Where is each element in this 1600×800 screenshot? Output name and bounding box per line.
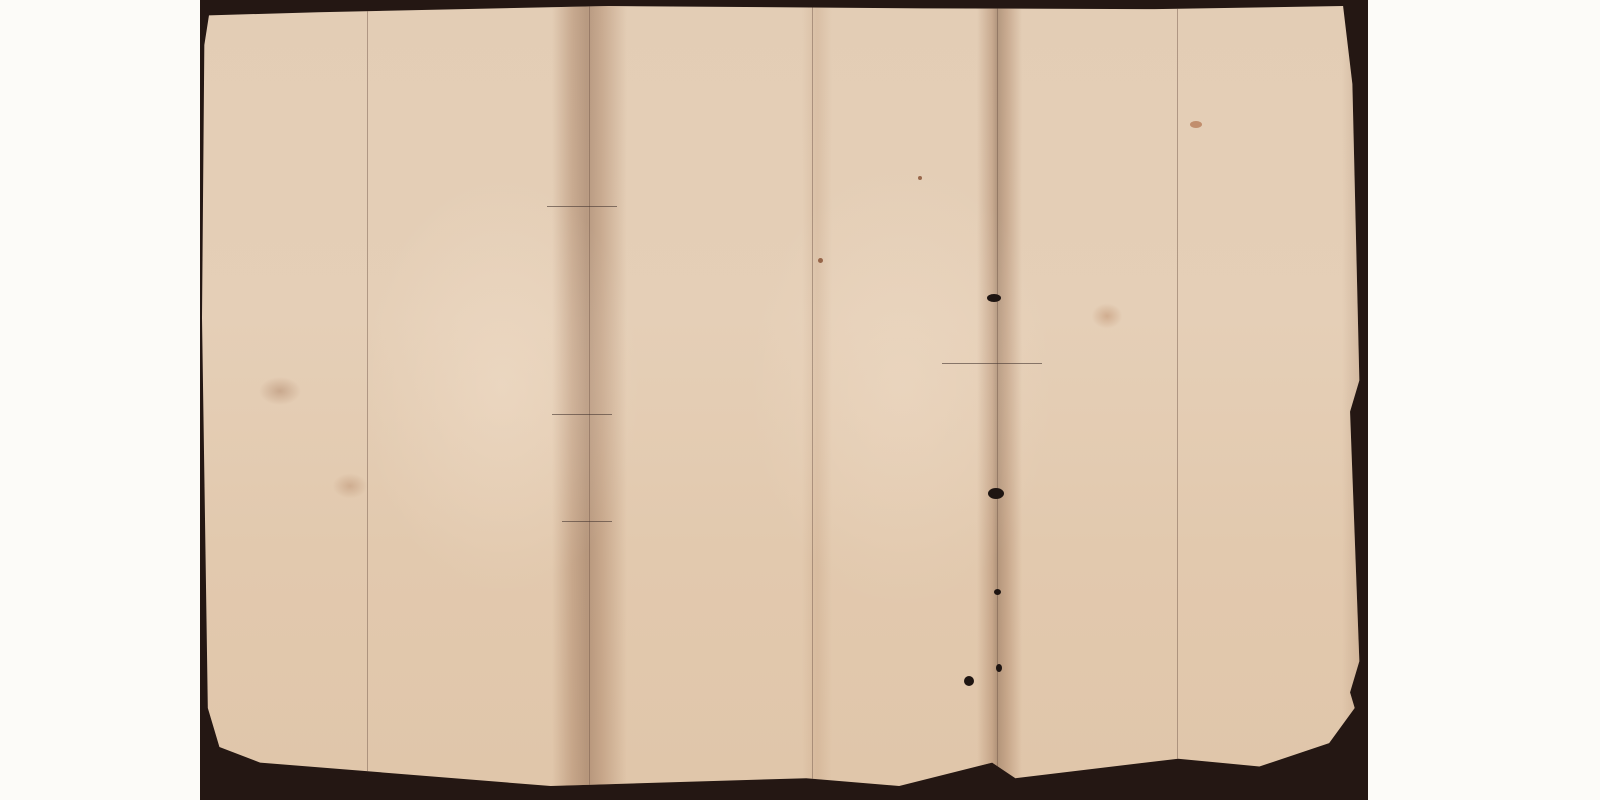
fold-tear (942, 363, 1042, 364)
ink-spot (818, 258, 823, 263)
fold-tear (547, 206, 617, 207)
vertical-fold (589, 6, 590, 786)
stain-spot (1190, 121, 1202, 128)
paper-hole (994, 589, 1001, 595)
paper-hole (996, 664, 1002, 672)
vertical-crease (1177, 6, 1178, 786)
paper-hole (988, 488, 1004, 499)
paper-hole (964, 676, 974, 686)
fold-tear (562, 521, 612, 522)
fold-tear (552, 414, 612, 415)
photo-backdrop (200, 0, 1368, 800)
aged-paper-sheet (202, 6, 1364, 786)
ink-spot (918, 176, 922, 180)
vertical-crease (367, 6, 368, 786)
vertical-crease (812, 6, 813, 786)
paper-hole (987, 294, 1001, 302)
